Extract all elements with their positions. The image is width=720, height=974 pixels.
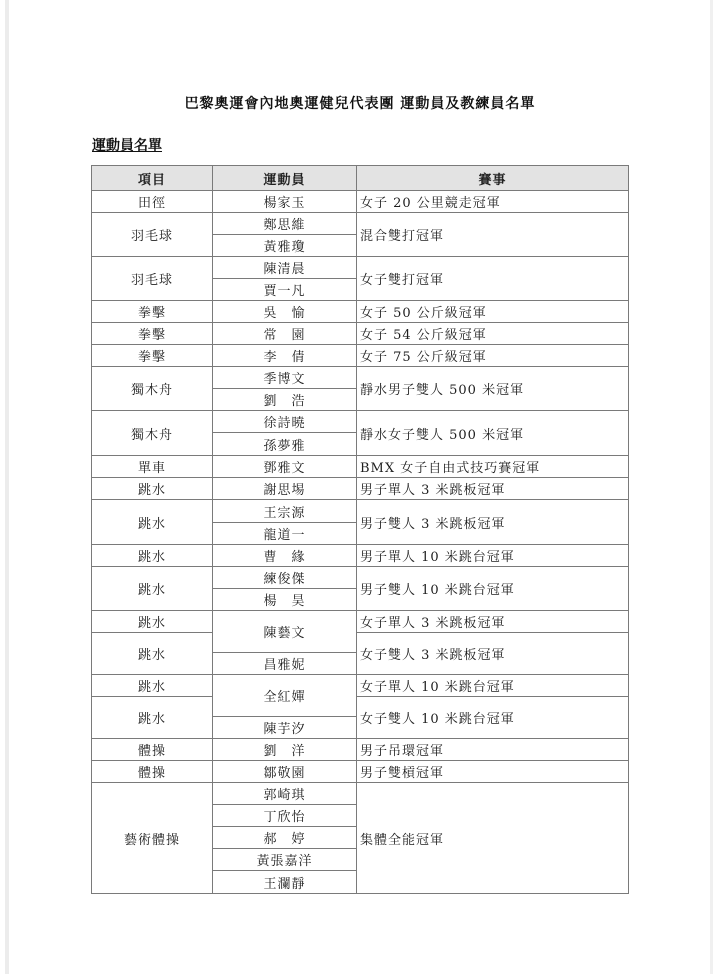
athlete-cell: 孫夢雅 — [212, 432, 357, 456]
athlete-cell: 王瀾靜 — [212, 870, 357, 894]
athlete-cell-text: 劉 浩 — [263, 390, 305, 409]
athlete-cell: 陳藝文 — [212, 610, 357, 653]
athlete-cell: 丁欣怡 — [212, 804, 357, 827]
sport-cell: 拳擊 — [91, 322, 213, 345]
athlete-cell-text: 曹 緣 — [263, 546, 305, 565]
athlete-cell: 楊 昊 — [212, 588, 357, 611]
sport-cell-text: 獨木舟 — [131, 379, 173, 398]
sport-cell-text: 田徑 — [138, 192, 166, 211]
athlete-cell-text: 全紅嬋 — [263, 686, 305, 705]
event-cell-text: 男子單人 10 米跳台冠軍 — [360, 546, 515, 565]
athlete-cell: 劉 洋 — [212, 738, 357, 761]
event-cell: 女子 75 公斤級冠軍 — [356, 344, 629, 367]
athlete-cell-text: 賈一凡 — [263, 280, 305, 299]
athlete-cell-text: 鄒敬園 — [263, 762, 305, 781]
athlete-cell: 鄧雅文 — [212, 455, 357, 478]
athlete-cell-text: 王瀾靜 — [263, 873, 305, 892]
athlete-cell-text: 李 倩 — [263, 346, 305, 365]
event-cell-text: 男子雙人 10 米跳台冠軍 — [360, 579, 515, 598]
sport-cell: 獨木舟 — [91, 410, 213, 456]
event-cell-text: 男子單人 3 米跳板冠軍 — [360, 479, 506, 498]
sport-cell-text: 拳擊 — [138, 324, 166, 343]
event-cell-text: 女子雙人 3 米跳板冠軍 — [360, 644, 506, 663]
athlete-cell: 劉 浩 — [212, 388, 357, 411]
event-cell: 靜水女子雙人 500 米冠軍 — [356, 410, 629, 456]
athlete-cell-text: 劉 洋 — [263, 740, 305, 759]
sport-cell: 跳水 — [91, 610, 213, 633]
athlete-cell: 練俊傑 — [212, 566, 357, 589]
athlete-cell-text: 王宗源 — [263, 502, 305, 521]
event-cell: 集體全能冠軍 — [356, 782, 629, 894]
page-edge-left — [5, 0, 9, 974]
event-cell: 混合雙打冠軍 — [356, 212, 629, 257]
event-cell-text: 女子 50 公斤級冠軍 — [360, 302, 487, 321]
column-header-label: 賽事 — [478, 169, 506, 188]
event-cell: 男子雙人 3 米跳板冠軍 — [356, 499, 629, 545]
athlete-cell: 賈一凡 — [212, 278, 357, 301]
sport-cell: 跳水 — [91, 696, 213, 739]
column-header: 運動員 — [212, 165, 357, 191]
sport-cell-text: 單車 — [138, 457, 166, 476]
athlete-cell-text: 謝思埸 — [263, 479, 305, 498]
athlete-cell-text: 陳芋汐 — [263, 718, 305, 737]
event-cell-text: 男子雙槓冠軍 — [360, 762, 444, 781]
athlete-cell: 吳 愉 — [212, 300, 357, 323]
event-cell: 女子雙人 3 米跳板冠軍 — [356, 632, 629, 675]
sport-cell-text: 羽毛球 — [131, 225, 173, 244]
sport-cell-text: 拳擊 — [138, 302, 166, 321]
event-cell-text: 女子雙打冠軍 — [360, 269, 444, 288]
athlete-cell-text: 徐詩曉 — [263, 412, 305, 431]
event-cell: 男子單人 10 米跳台冠軍 — [356, 544, 629, 567]
athlete-cell-text: 練俊傑 — [263, 568, 305, 587]
column-header-label: 運動員 — [263, 169, 305, 188]
sport-cell-text: 羽毛球 — [131, 269, 173, 288]
athlete-cell: 徐詩曉 — [212, 410, 357, 433]
event-cell: 男子單人 3 米跳板冠軍 — [356, 477, 629, 500]
sport-cell-text: 拳擊 — [138, 346, 166, 365]
athlete-cell-text: 丁欣怡 — [263, 806, 305, 825]
event-cell: 靜水男子雙人 500 米冠軍 — [356, 366, 629, 411]
event-cell-text: 女子 54 公斤級冠軍 — [360, 324, 487, 343]
athlete-cell-text: 郝 婷 — [263, 828, 305, 847]
section-heading-athlete-list: 運動員名單 — [92, 135, 162, 155]
sport-cell: 獨木舟 — [91, 366, 213, 411]
athlete-cell: 謝思埸 — [212, 477, 357, 500]
athlete-cell-text: 陳清晨 — [263, 258, 305, 277]
athlete-cell: 陳清晨 — [212, 256, 357, 279]
sport-cell: 羽毛球 — [91, 212, 213, 257]
sport-cell: 藝術體操 — [91, 782, 213, 894]
event-cell-text: 女子雙人 10 米跳台冠軍 — [360, 708, 515, 727]
sport-cell-text: 藝術體操 — [124, 829, 180, 848]
sport-cell: 跳水 — [91, 477, 213, 500]
event-cell-text: 男子吊環冠軍 — [360, 740, 444, 759]
athlete-cell: 曹 緣 — [212, 544, 357, 567]
event-cell: 女子 50 公斤級冠軍 — [356, 300, 629, 323]
sport-cell: 跳水 — [91, 544, 213, 567]
event-cell-text: 混合雙打冠軍 — [360, 225, 444, 244]
athlete-cell: 季博文 — [212, 366, 357, 389]
sport-cell-text: 跳水 — [138, 546, 166, 565]
sport-cell-text: 體操 — [138, 762, 166, 781]
athlete-cell-text: 龍道一 — [263, 524, 305, 543]
athlete-cell: 楊家玉 — [212, 190, 357, 213]
athlete-cell: 郝 婷 — [212, 826, 357, 849]
column-header: 項目 — [91, 165, 213, 191]
athlete-cell: 鄒敬園 — [212, 760, 357, 783]
sport-cell-text: 體操 — [138, 740, 166, 759]
event-cell-text: 女子單人 10 米跳台冠軍 — [360, 676, 515, 695]
event-cell: 男子雙槓冠軍 — [356, 760, 629, 783]
sport-cell: 羽毛球 — [91, 256, 213, 301]
athlete-cell-text: 郭崎琪 — [263, 784, 305, 803]
sport-cell-text: 跳水 — [138, 676, 166, 695]
event-cell: 女子 20 公里競走冠軍 — [356, 190, 629, 213]
sport-cell: 跳水 — [91, 632, 213, 675]
athlete-cell: 鄭思維 — [212, 212, 357, 235]
athlete-cell: 陳芋汐 — [212, 716, 357, 739]
athlete-cell: 黃雅瓊 — [212, 234, 357, 257]
athlete-cell-text: 楊家玉 — [263, 192, 305, 211]
document-title: 巴黎奧運會內地奧運健兒代表團 運動員及教練員名單 — [0, 93, 720, 113]
sport-cell-text: 跳水 — [138, 612, 166, 631]
sport-cell: 體操 — [91, 760, 213, 783]
athlete-cell: 常 園 — [212, 322, 357, 345]
athlete-cell-text: 黃雅瓊 — [263, 236, 305, 255]
sport-cell-text: 跳水 — [138, 579, 166, 598]
event-cell-text: 靜水男子雙人 500 米冠軍 — [360, 379, 524, 398]
athlete-cell: 黃張嘉洋 — [212, 848, 357, 871]
sport-cell: 跳水 — [91, 674, 213, 697]
sport-cell-text: 跳水 — [138, 708, 166, 727]
sport-cell: 跳水 — [91, 566, 213, 611]
event-cell-text: 女子 75 公斤級冠軍 — [360, 346, 487, 365]
event-cell-text: 靜水女子雙人 500 米冠軍 — [360, 424, 524, 443]
athlete-cell-text: 鄧雅文 — [263, 457, 305, 476]
athlete-cell-text: 季博文 — [263, 368, 305, 387]
sport-cell-text: 跳水 — [138, 479, 166, 498]
column-header-label: 項目 — [138, 169, 166, 188]
sport-cell: 田徑 — [91, 190, 213, 213]
sport-cell: 體操 — [91, 738, 213, 761]
athlete-cell: 李 倩 — [212, 344, 357, 367]
event-cell: 女子單人 10 米跳台冠軍 — [356, 674, 629, 697]
athlete-cell: 龍道一 — [212, 522, 357, 545]
athlete-cell-text: 孫夢雅 — [263, 435, 305, 454]
athlete-cell-text: 陳藝文 — [263, 622, 305, 641]
sport-cell: 跳水 — [91, 499, 213, 545]
sport-cell-text: 跳水 — [138, 644, 166, 663]
athlete-cell: 昌雅妮 — [212, 652, 357, 675]
event-cell-text: 女子 20 公里競走冠軍 — [360, 192, 501, 211]
athlete-cell-text: 鄭思維 — [263, 214, 305, 233]
event-cell: 女子雙打冠軍 — [356, 256, 629, 301]
event-cell: BMX 女子自由式技巧賽冠軍 — [356, 455, 629, 478]
event-cell-text: 男子雙人 3 米跳板冠軍 — [360, 513, 506, 532]
sport-cell: 單車 — [91, 455, 213, 478]
event-cell: 女子雙人 10 米跳台冠軍 — [356, 696, 629, 739]
sport-cell: 拳擊 — [91, 344, 213, 367]
page-edge-right — [710, 0, 713, 974]
athlete-cell: 郭崎琪 — [212, 782, 357, 805]
event-cell-text: 集體全能冠軍 — [360, 829, 444, 848]
athlete-cell-text: 常 園 — [263, 324, 305, 343]
event-cell-text: BMX 女子自由式技巧賽冠軍 — [360, 457, 540, 476]
sport-cell-text: 跳水 — [138, 513, 166, 532]
event-cell: 男子雙人 10 米跳台冠軍 — [356, 566, 629, 611]
event-cell: 女子單人 3 米跳板冠軍 — [356, 610, 629, 633]
sport-cell: 拳擊 — [91, 300, 213, 323]
athlete-cell: 全紅嬋 — [212, 674, 357, 717]
column-header: 賽事 — [356, 165, 629, 191]
sport-cell-text: 獨木舟 — [131, 424, 173, 443]
athlete-cell-text: 昌雅妮 — [263, 654, 305, 673]
athlete-cell-text: 楊 昊 — [263, 590, 305, 609]
athlete-cell-text: 吳 愉 — [263, 302, 305, 321]
athlete-cell-text: 黃張嘉洋 — [256, 850, 312, 869]
event-cell: 女子 54 公斤級冠軍 — [356, 322, 629, 345]
event-cell-text: 女子單人 3 米跳板冠軍 — [360, 612, 506, 631]
event-cell: 男子吊環冠軍 — [356, 738, 629, 761]
athlete-cell: 王宗源 — [212, 499, 357, 523]
